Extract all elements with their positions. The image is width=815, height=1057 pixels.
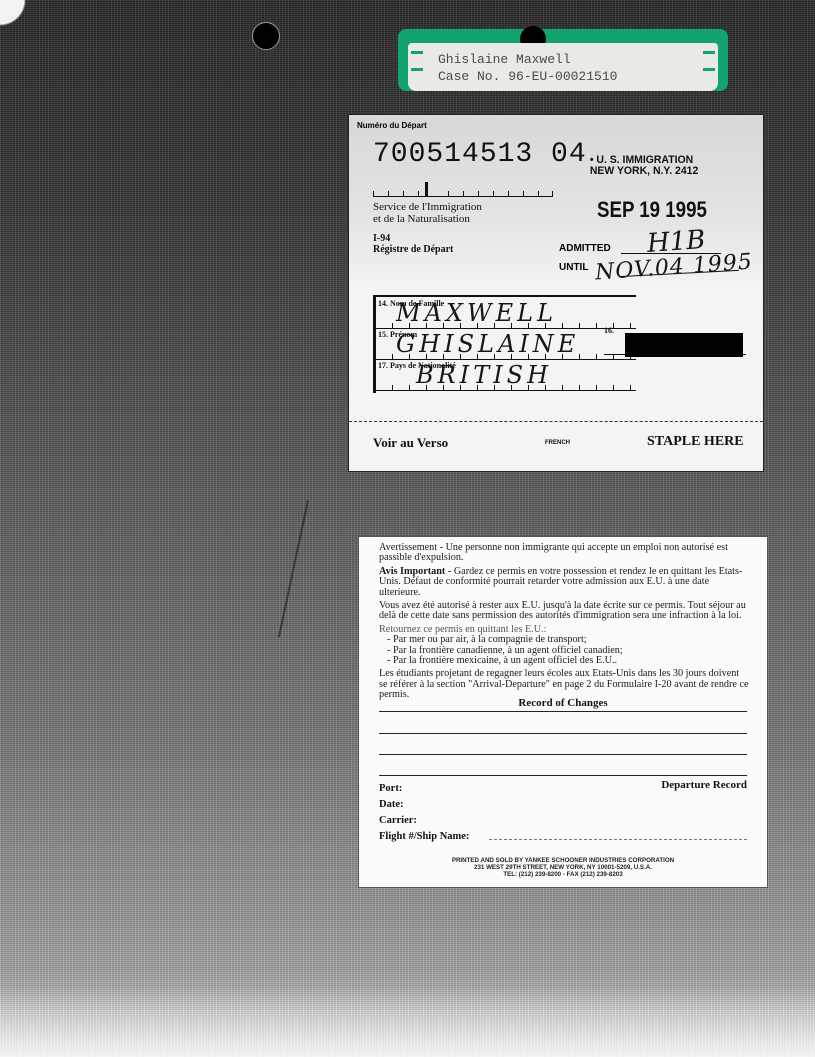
- avis-paragraph: Avis Important - Gardez ce permis en vot…: [379, 567, 749, 598]
- stamp-date: SEP 19 1995: [597, 197, 707, 223]
- admitted-label: ADMITTED: [559, 243, 611, 254]
- language-tag: FRENCH: [545, 440, 570, 446]
- label-case-number: Case No. 96-EU-00021510: [438, 68, 617, 85]
- tab-mark: [411, 51, 423, 54]
- name-fields-box: 14. Nom de Famille MAXWELL 15. Prénom GH…: [373, 295, 636, 393]
- staple-here: STAPLE HERE: [647, 434, 744, 450]
- departure-record-title: Departure Record: [661, 779, 747, 791]
- return-item: Par la frontière mexicaine, à un agent o…: [387, 656, 749, 666]
- tab-mark: [411, 68, 423, 71]
- form-title: Régistre de Départ: [373, 244, 453, 255]
- printer-imprint: PRINTED AND SOLD BY YANKEE SCHOONER INDU…: [359, 857, 767, 879]
- tab-mark: [703, 51, 715, 54]
- etudiants-paragraph: Les étudiants projetant de regagner leur…: [379, 669, 749, 700]
- nationality-row: 17. Pays de Nationalité BRITISH: [376, 359, 636, 391]
- folder-tab-label: Ghislaine Maxwell Case No. 96-EU-0002151…: [398, 29, 728, 91]
- avis-label: Avis Important -: [379, 566, 451, 577]
- carrier-label: Carrier:: [379, 815, 417, 826]
- first-name-row: 15. Prénom GHISLAINE: [376, 328, 636, 360]
- record-line: [379, 754, 747, 755]
- until-label: UNTIL: [559, 262, 588, 273]
- record-line: [379, 775, 747, 776]
- autorise-paragraph: Vous avez été autorisé à rester aux E.U.…: [379, 601, 749, 622]
- numero-label: Numéro du Départ: [357, 121, 427, 130]
- record-of-changes-title: Record of Changes: [359, 697, 767, 709]
- form-id: I-94: [373, 233, 453, 244]
- notice-text: Avertissement - Une personne non immigra…: [379, 543, 749, 704]
- service-line-1: Service de l'Immigration: [373, 201, 482, 213]
- i94-departure-card: Numéro du Départ 700514513 04 Service de…: [348, 114, 764, 472]
- printer-line-1: PRINTED AND SOLD BY YANKEE SCHOONER INDU…: [359, 857, 767, 864]
- admission-number: 700514513 04: [373, 139, 587, 170]
- record-line: [379, 733, 747, 734]
- date-label: Date:: [379, 799, 404, 810]
- flight-ship-label: Flight #/Ship Name:: [379, 831, 469, 842]
- record-line: [379, 711, 747, 712]
- tab-mark: [703, 68, 715, 71]
- avertissement-label: Avertissement -: [379, 542, 443, 553]
- perforation-line: [349, 421, 763, 422]
- flight-dashed-line: [489, 839, 747, 840]
- form-identifier: I-94 Régistre de Départ: [373, 233, 453, 255]
- voir-au-verso: Voir au Verso: [373, 435, 448, 451]
- printer-line-2: 231 WEST 29TH STREET, NEW YORK, NY 10001…: [359, 864, 767, 871]
- label-text: Ghislaine Maxwell Case No. 96-EU-0002151…: [438, 51, 617, 85]
- dob-number: 16.: [604, 326, 614, 335]
- label-name: Ghislaine Maxwell: [438, 51, 617, 68]
- dob-redaction-block: [625, 333, 743, 357]
- avertissement-paragraph: Avertissement - Une personne non immigra…: [379, 543, 749, 564]
- immigration-stamp-header: • U. S. IMMIGRATION NEW YORK, N.Y. 2412: [590, 155, 698, 177]
- service-line-2: et de la Naturalisation: [373, 213, 482, 225]
- label-sticker: Ghislaine Maxwell Case No. 96-EU-0002151…: [408, 43, 718, 91]
- printer-line-3: TEL: (212) 239-8200 - FAX (212) 239-8203: [359, 871, 767, 878]
- port-label: Port:: [379, 783, 402, 794]
- stamp-line-2: NEW YORK, N.Y. 2412: [590, 166, 698, 177]
- punch-hole: [252, 22, 280, 50]
- tick-ruler: [373, 190, 553, 197]
- service-name: Service de l'Immigration et de la Natura…: [373, 201, 482, 225]
- return-list: Par mer ou par air, à la compagnie de tr…: [379, 635, 749, 666]
- family-name-row: 14. Nom de Famille MAXWELL: [376, 297, 636, 329]
- i94-back-card: Avertissement - Une personne non immigra…: [358, 536, 768, 888]
